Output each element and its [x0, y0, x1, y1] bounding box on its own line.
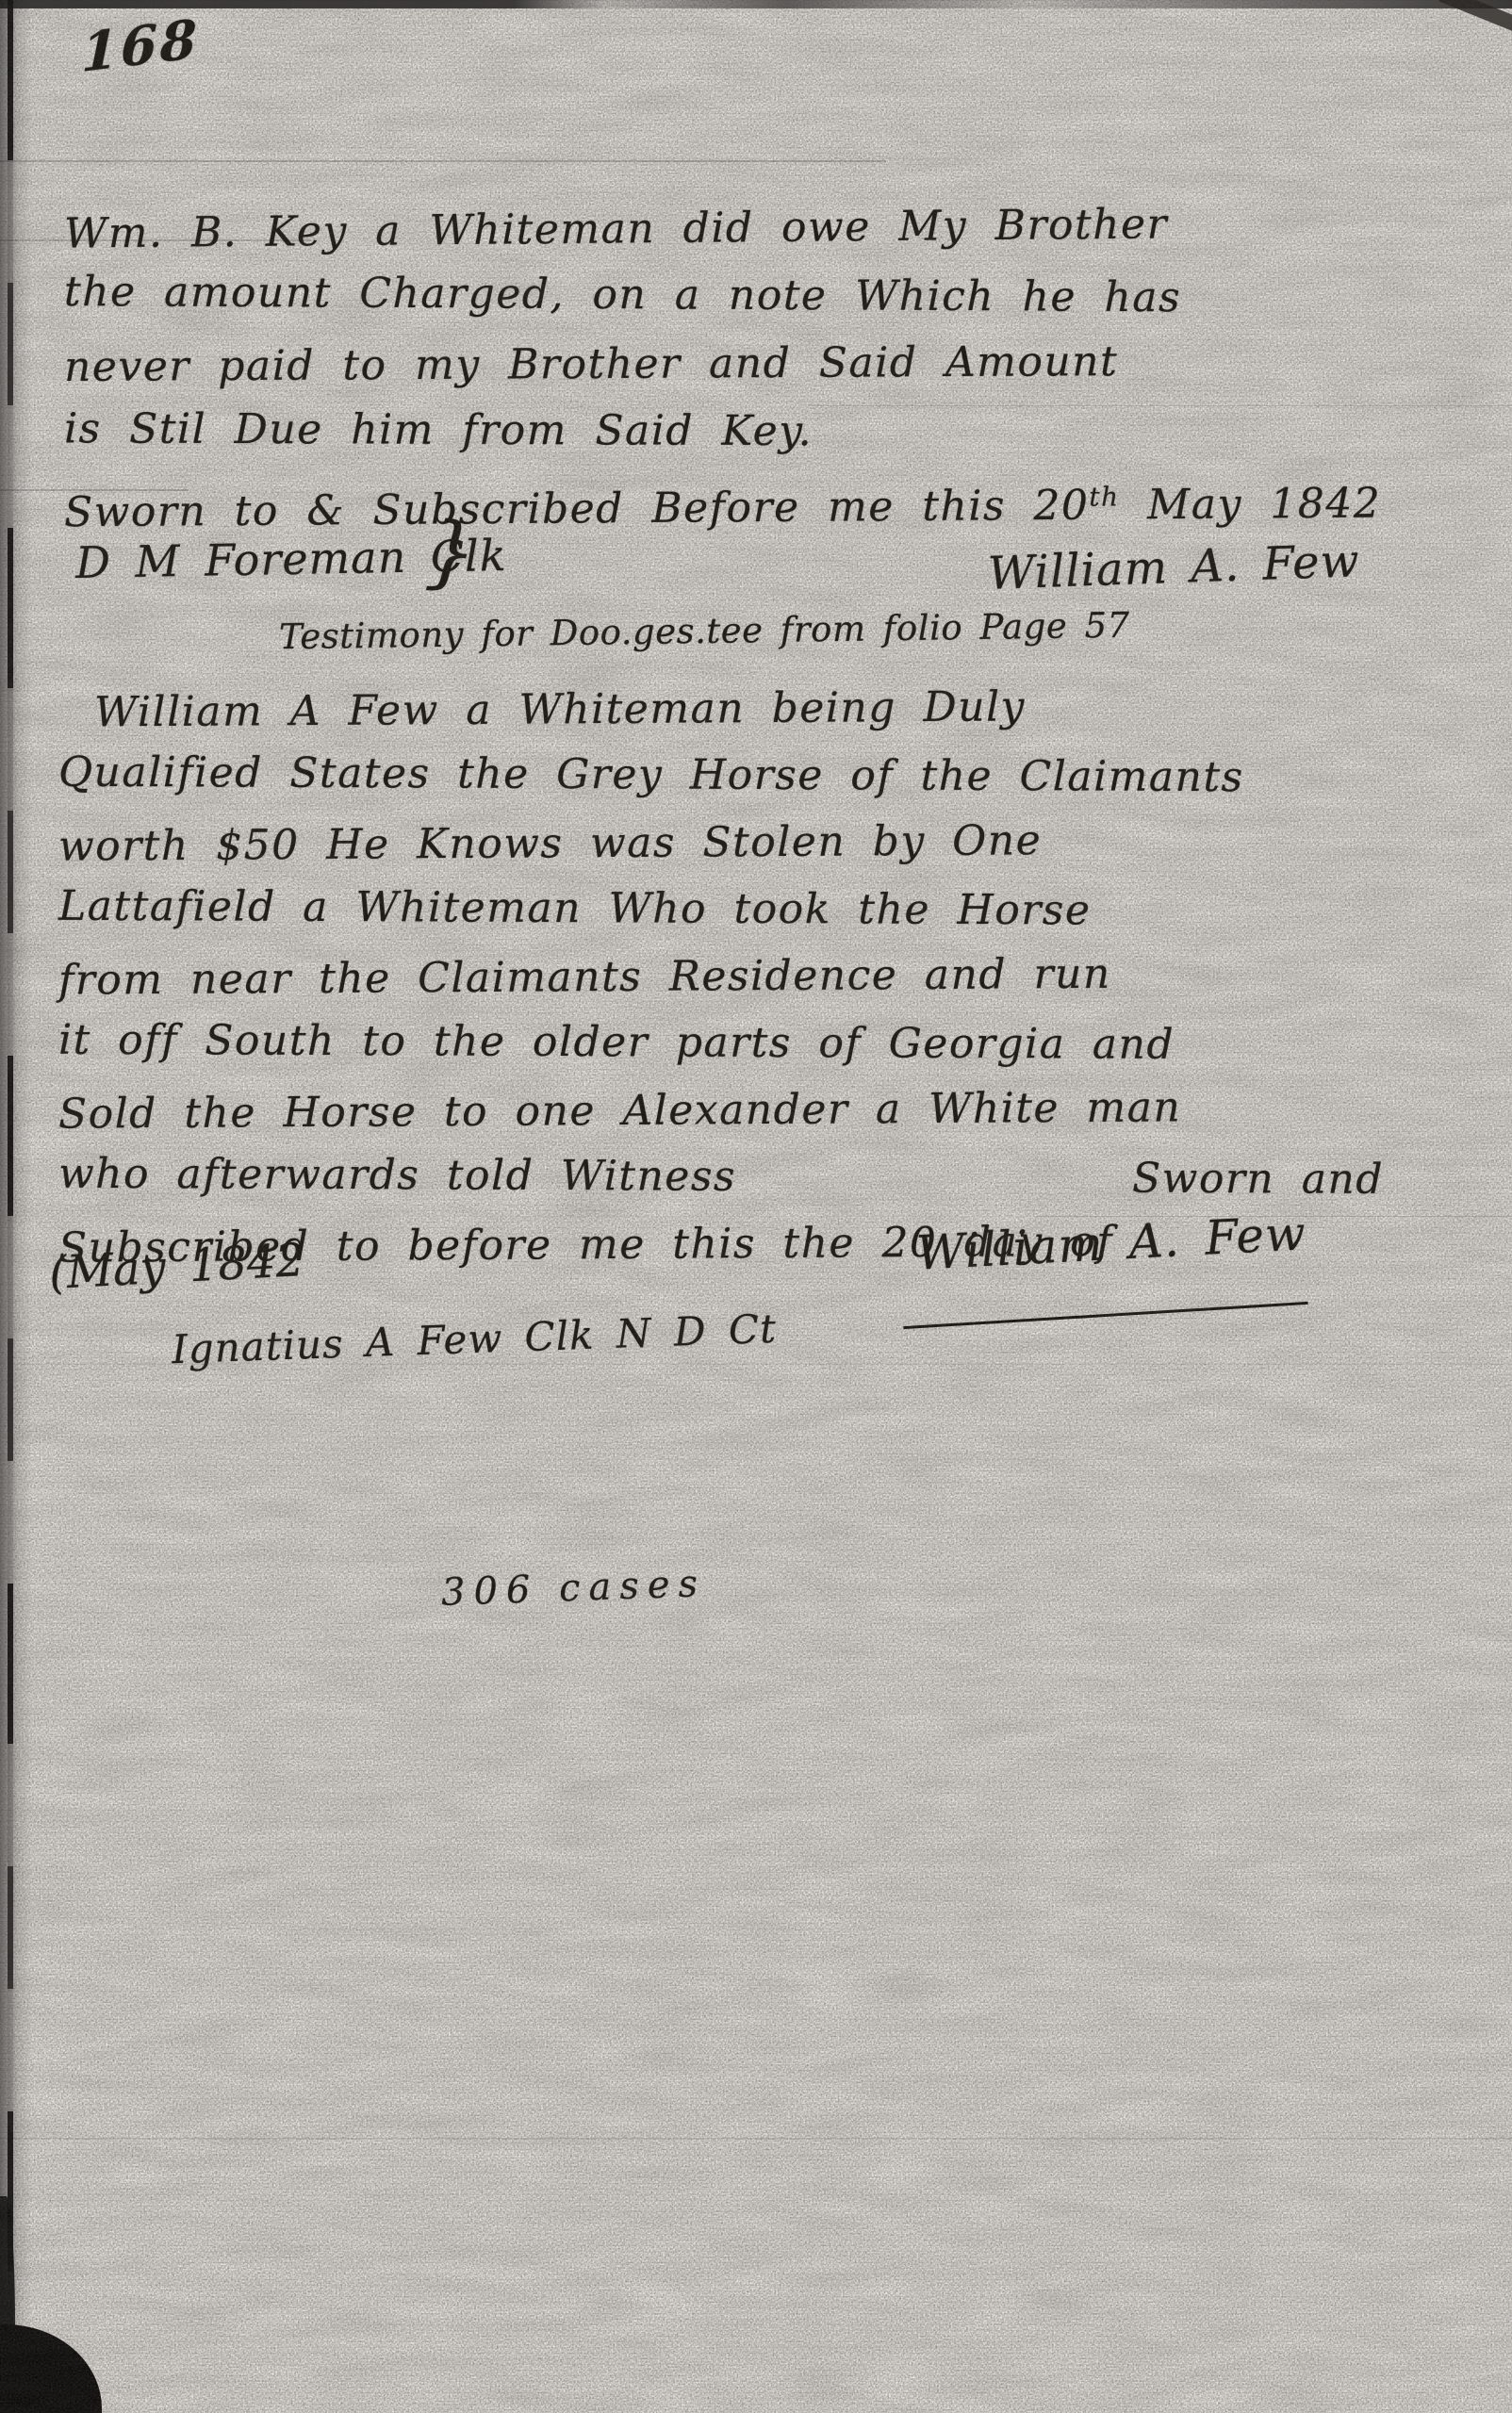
- seal-flourish: }: [423, 503, 480, 599]
- handwritten-line: worth $50 He Knows was Stolen by One: [58, 804, 1487, 879]
- handwritten-line: never paid to my Brother and Said Amount: [64, 326, 1487, 402]
- handwritten-line: it off South to the older parts of Georg…: [58, 1007, 1487, 1080]
- handwritten-line: from near the Claimants Residence and ru…: [58, 938, 1487, 1013]
- handwritten-line: who afterwards told WitnessSworn and: [58, 1141, 1487, 1214]
- witness-signature-few: William A. Few: [987, 534, 1360, 600]
- binding-shadow: [0, 0, 32, 2413]
- handwritten-line: the amount Charged, on a note Which he h…: [64, 258, 1487, 334]
- jurat-text: Sworn to & Subscribed Before me this 20: [64, 482, 1090, 537]
- binding-edge-line: [8, 0, 13, 2413]
- handwritten-line: Qualified States the Grey Horse of the C…: [58, 739, 1487, 813]
- handwritten-line: Lattafield a Whiteman Who took the Horse: [58, 873, 1487, 946]
- page-number: 168: [81, 8, 200, 85]
- bottom-left-corner-blob: [0, 2324, 102, 2413]
- jurat-date: May 1842: [1120, 480, 1382, 530]
- ordinal-superscript: th: [1089, 481, 1120, 512]
- testimony-text: who afterwards told Witness: [58, 1141, 736, 1210]
- case-annotation: 306 cases: [440, 1562, 706, 1615]
- affidavit-block: Wm. B. Key a Whiteman did owe My Brother…: [64, 194, 1487, 542]
- testimony-heading: Testimony for Doo.ges.tee from folio Pag…: [279, 605, 1130, 658]
- handwritten-line: William A Few a Whiteman being Duly: [58, 670, 1487, 746]
- testimony-block: William A Few a Whiteman being Duly Qual…: [58, 675, 1487, 1277]
- scan-streak: [0, 2138, 1512, 2140]
- sworn-text: Sworn and: [1132, 1145, 1384, 1213]
- top-edge-artifact: [0, 0, 1512, 8]
- handwritten-line: is Stil Due him from Said Key.: [64, 395, 1487, 468]
- clerk-signature-ignatius: Ignatius A Few Clk N D Ct: [171, 1305, 777, 1372]
- handwritten-line: Wm. B. Key a Whiteman did owe My Brother: [64, 188, 1488, 268]
- handwritten-line: Sold the Horse to one Alexander a White …: [58, 1072, 1487, 1147]
- scanned-document-page: 168 Wm. B. Key a Whiteman did owe My Bro…: [0, 0, 1512, 2413]
- signature-underline-flourish: [903, 1302, 1307, 1329]
- scan-streak: [0, 160, 886, 162]
